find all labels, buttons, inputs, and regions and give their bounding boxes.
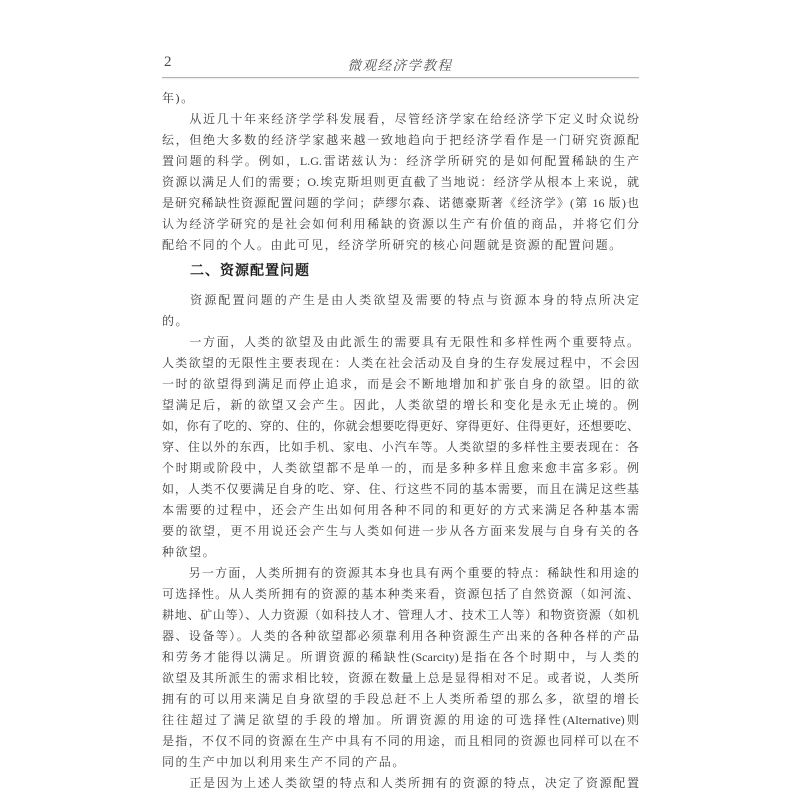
text-line: 正是因为上述人类欲望的特点和人类所拥有的资源的特点，决定了资源配置 xyxy=(162,773,639,794)
text-line: 同的生产中加以利用来生产不同的产品。 xyxy=(162,752,639,773)
text-line: 穿、住以外的东西，比如手机、家电、小汽车等。人类欲望的多样性主要表现在：各 xyxy=(162,437,639,458)
text-line: 要的欲望，更不用说还会产生与人类如何进一步从各方面来发展与自身有关的各 xyxy=(162,521,639,542)
section-heading: 二、资源配置问题 xyxy=(162,260,639,281)
text-line: 资源配置问题的产生是由人类欲望及需要的特点与资源本身的特点所决定 xyxy=(162,290,639,311)
text-line: 纭，但绝大多数的经济学家越来越一致地趋向于把经济学看作是一门研究资源配 xyxy=(162,130,639,151)
page-header: 2 微观经济学教程 xyxy=(162,54,638,76)
text-line: 如，人类不仅要满足自身的吃、穿、住、行这些不同的基本需要，而且在满足这些基 xyxy=(162,479,639,500)
text-line: 认为经济学研究的是社会如何利用稀缺的资源以生产有价值的商品，并将它们分 xyxy=(162,214,639,235)
text-line: 一时的欲望得到满足而停止追求，而是会不断地增加和扩张自身的欲望。旧的欲 xyxy=(162,374,639,395)
text-line: 另一方面，人类所拥有的资源其本身也具有两个重要的特点：稀缺性和用途的 xyxy=(162,563,639,584)
text-line: 是指，不仅不同的资源在生产中具有不同的用途，而且相同的资源也同样可以在不 xyxy=(162,731,639,752)
text-line: 和劳务才能得以满足。所谓资源的稀缺性(Scarcity)是指在各个时期中，与人类… xyxy=(162,647,639,668)
text-line: 是研究稀缺性资源配置问题的学问；萨缪尔森、诺德豪斯著《经济学》(第 16 版)也 xyxy=(162,193,639,214)
text-line: 器、设备等）。人类的各种欲望都必须靠利用各种资源生产出来的各种各样的产品 xyxy=(162,626,639,647)
text-line: 年)。 xyxy=(162,88,639,109)
text-line: 往往超过了满足欲望的手段的增加。所谓资源的用途的可选择性(Alternative… xyxy=(162,710,639,731)
text-line: 本需要的过程中，还会产生出如何用各种不同的和更好的方式来满足各种基本需 xyxy=(162,500,639,521)
running-title: 微观经济学教程 xyxy=(162,54,638,74)
header-rule xyxy=(162,77,639,78)
text-line: 一方面，人类的欲望及由此派生的需要具有无限性和多样性两个重要特点。 xyxy=(162,332,639,353)
text-line: 可选择性。从人类所拥有的资源的基本种类来看，资源包括了自然资源（如河流、 xyxy=(162,584,639,605)
page-body: 年)。 从近几十年来经济学学科发展看，尽管经济学家在给经济学下定义时众说纷纭，但… xyxy=(162,88,639,794)
text-line: 从近几十年来经济学学科发展看，尽管经济学家在给经济学下定义时众说纷 xyxy=(162,109,639,130)
text-line: 个时期或阶段中，人类欲望都不是单一的，而是多种多样且愈来愈丰富多彩。例 xyxy=(162,458,639,479)
book-page: 2 微观经济学教程 年)。 从近几十年来经济学学科发展看，尽管经济学家在给经济学… xyxy=(0,0,800,800)
text-line: 的。 xyxy=(162,311,639,332)
text-line: 拥有的可以用来满足自身欲望的手段总赶不上人类所希望的那么多，欲望的增长 xyxy=(162,689,639,710)
text-line: 人类欲望的无限性主要表现在：人类在社会活动及自身的生存发展过程中，不会因 xyxy=(162,353,639,374)
text-line: 配给不同的个人。由此可见，经济学所研究的核心问题就是资源的配置问题。 xyxy=(162,235,639,256)
page-number: 2 xyxy=(164,54,172,71)
text-line: 资源以满足人们的需要；O.埃克斯坦则更直截了当地说：经济学从根本上来说，就 xyxy=(162,172,639,193)
text-line: 置问题的科学。例如，L.G.雷诺兹认为：经济学所研究的是如何配置稀缺的生产 xyxy=(162,151,639,172)
text-line: 如，你有了吃的、穿的、住的，你就会想要吃得更好、穿得更好、住得更好，还想要吃、 xyxy=(162,416,639,437)
text-line: 种欲望。 xyxy=(162,542,639,563)
text-line: 耕地、矿山等）、人力资源（如科技人才、管理人才、技术工人等）和物资资源（如机 xyxy=(162,605,639,626)
text-line: 欲望及其所派生的需求相比较，资源在数量上总是显得相对不足。或者说，人类所 xyxy=(162,668,639,689)
text-line: 望满足后，新的欲望又会产生。因此，人类欲望的增长和变化是永无止境的。例 xyxy=(162,395,639,416)
